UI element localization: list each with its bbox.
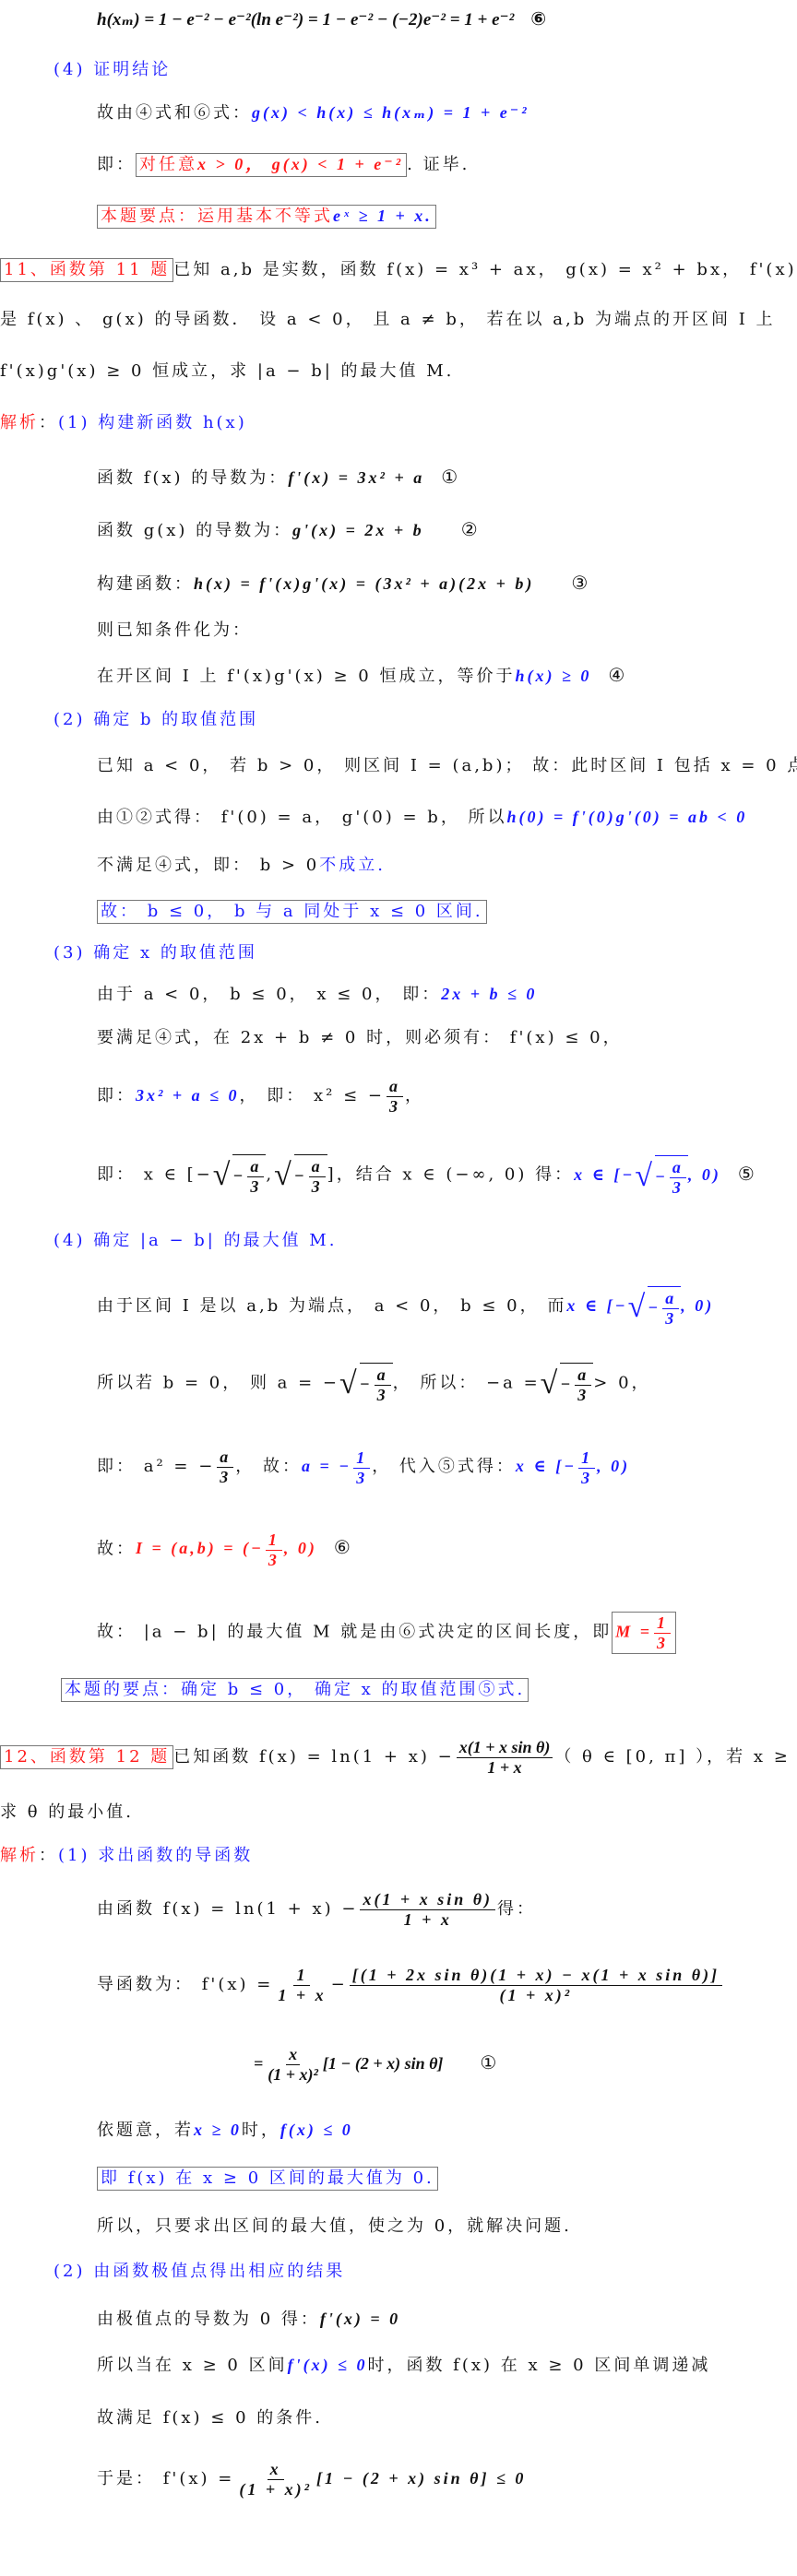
s1-condition: 在开区间 I 上 f'(x)g'(x) ≥ 0 恒成立，等价于h(x) ≥ 0④ <box>97 664 627 687</box>
p12-s2-line1: 由极值点的导数为 0 得：f'(x) = 0 <box>97 2310 400 2330</box>
s4-line5: 故： |a − b| 的最大值 M 就是由⑥式决定的区间长度，即M =13 <box>97 1612 676 1654</box>
step-heading-2: (2) 确定 b 的取值范围 <box>54 710 258 730</box>
step-heading-3: (3) 确定 x 的取值范围 <box>54 943 257 963</box>
step-heading-4-p11: (4) 确定 |a − b| 的最大值 M. <box>54 1231 337 1251</box>
p12-s2-line3: 故满足 f(x) ≤ 0 的条件. <box>97 2408 323 2428</box>
s4-line2: 所以若 b = 0， 则 a = −√−a3， 所以： −a =√−a3> 0， <box>97 1363 651 1404</box>
p12-s1-line2: 导函数为： f'(x) =11 + x−[(1 + 2x sin θ)(1 + … <box>97 1966 724 2004</box>
answer-box: M =13 <box>612 1612 676 1654</box>
step-heading-1: (1) 构建新函数 h(x) <box>58 413 247 432</box>
conclusion-box: 对任意x > 0， g(x) < 1 + e⁻² <box>136 153 407 177</box>
problem-11-statement-line3: f'(x)g'(x) ≥ 0 恒成立，求 |a − b| 的最大值 M. <box>0 361 454 382</box>
s2-line1: 已知 a < 0， 若 b > 0， 则区间 I = (a,b)； 故：此时区间… <box>97 756 797 776</box>
keypoint-box-top: 本题要点：运用基本不等式eˣ ≥ 1 + x. <box>97 205 436 229</box>
problem-12-statement-line2: 求 θ 的最小值. <box>0 1802 134 1823</box>
problem-12-statement-line1: 12、函数第 12 题已知函数 f(x) = ln(1 + x) −x(1 + … <box>0 1738 797 1777</box>
s1-derivative-f: 函数 f(x) 的导数为：f'(x) = 3x² + a① <box>97 466 460 489</box>
p12-s2-line4: 于是： f'(x) =x(1 + x)²[1 − (2 + x) sin θ] … <box>97 2460 526 2499</box>
marker-6: ⑥ <box>530 7 546 30</box>
s4-line4: 故：I = (a,b) = (−13, 0)⑥ <box>97 1530 353 1569</box>
equation-6: h(xₘ) = 1 − e⁻² − e⁻²(ln e⁻²) = 1 − e⁻² … <box>97 7 546 31</box>
s3-line2: 要满足④式，在 2x + b ≠ 0 时，则必须有： f'(x) ≤ 0， <box>97 1028 623 1048</box>
s3-line3: 即：3x² + a ≤ 0， 即： x² ≤ −a3， <box>97 1077 424 1116</box>
s4-line3: 即： a² = −a3， 故：a = −13， 代入⑤式得：x ∈ [−13, … <box>97 1448 630 1487</box>
s3-line1: 由于 a < 0， b ≤ 0， x ≤ 0， 即：2x + b ≤ 0 <box>97 985 537 1005</box>
conclude-math: g(x) < h(x) ≤ h(xₘ) = 1 + e⁻² <box>252 103 529 122</box>
s1-construct-h: 构建函数：h(x) = f'(x)g'(x) = (3x² + a)(2x + … <box>97 572 590 595</box>
p12-s1-box: 即 f(x) 在 x ≥ 0 区间的最大值为 0. <box>97 2167 438 2191</box>
problem-11-statement-line2: 是 f(x) 、 g(x) 的导函数． 设 a < 0， 且 a ≠ b， 若在… <box>0 310 776 330</box>
problem-11-tag: 11、函数第 11 题 <box>0 258 173 282</box>
problem-11-statement-line1: 11、函数第 11 题已知 a,b 是实数，函数 f(x) = x³ + ax，… <box>0 258 797 282</box>
p12-step-heading-2: (2) 由函数极值点得出相应的结果 <box>54 2262 345 2282</box>
p12-s1-line4: 依题意，若x ≥ 0时，f(x) ≤ 0 <box>97 2121 353 2141</box>
s4-line1: 由于区间 I 是以 a,b 为端点， a < 0， b ≤ 0， 而x ∈ [−… <box>97 1286 714 1328</box>
keypoint-box-11: 本题的要点：确定 b ≤ 0， 确定 x 的取值范围⑤式. <box>61 1678 529 1702</box>
p12-s1-line3: =x(1 + x)²[1 − (2 + x) sin θ]① <box>254 2045 496 2084</box>
step-heading-4: (4) 证明结论 <box>54 60 171 80</box>
analysis-label: 解析 <box>0 413 39 432</box>
s1-derivative-g: 函数 g(x) 的导数为：g'(x) = 2x + b② <box>97 518 481 541</box>
conclude-line: 故由④式和⑥式：g(x) < h(x) ≤ h(xₘ) = 1 + e⁻² <box>97 103 529 124</box>
s2-line3: 不满足④式，即： b > 0不成立. <box>97 856 386 876</box>
p12-s1-line5: 所以，只要求出区间的最大值，使之为 0，就解决问题. <box>97 2216 572 2237</box>
p12-s1-line1: 由函数 f(x) = ln(1 + x) −x(1 + x sin θ)1 + … <box>97 1890 536 1929</box>
s3-line4: 即： x ∈ [−√−a3,√−a3]，结合 x ∈ (−∞, 0) 得：x ∈… <box>97 1154 757 1197</box>
analysis-11-header: 解析：(1) 构建新函数 h(x) <box>0 413 247 433</box>
p12-s2-line2: 所以当在 x ≥ 0 区间f'(x) ≤ 0时，函数 f(x) 在 x ≥ 0 … <box>97 2356 710 2376</box>
s2-box: 故： b ≤ 0， b 与 a 同处于 x ≤ 0 区间. <box>97 900 487 924</box>
problem-12-tag: 12、函数第 12 题 <box>0 1745 173 1769</box>
analysis-12-header: 解析：(1) 求出函数的导函数 <box>0 1846 253 1866</box>
ie-line: 即：对任意x > 0， g(x) < 1 + e⁻². 证毕. <box>97 153 470 177</box>
s1-condition-intro: 则已知条件化为： <box>97 620 252 641</box>
s2-line2: 由①②式得： f'(0) = a， g'(0) = b， 所以h(0) = f'… <box>97 808 747 828</box>
